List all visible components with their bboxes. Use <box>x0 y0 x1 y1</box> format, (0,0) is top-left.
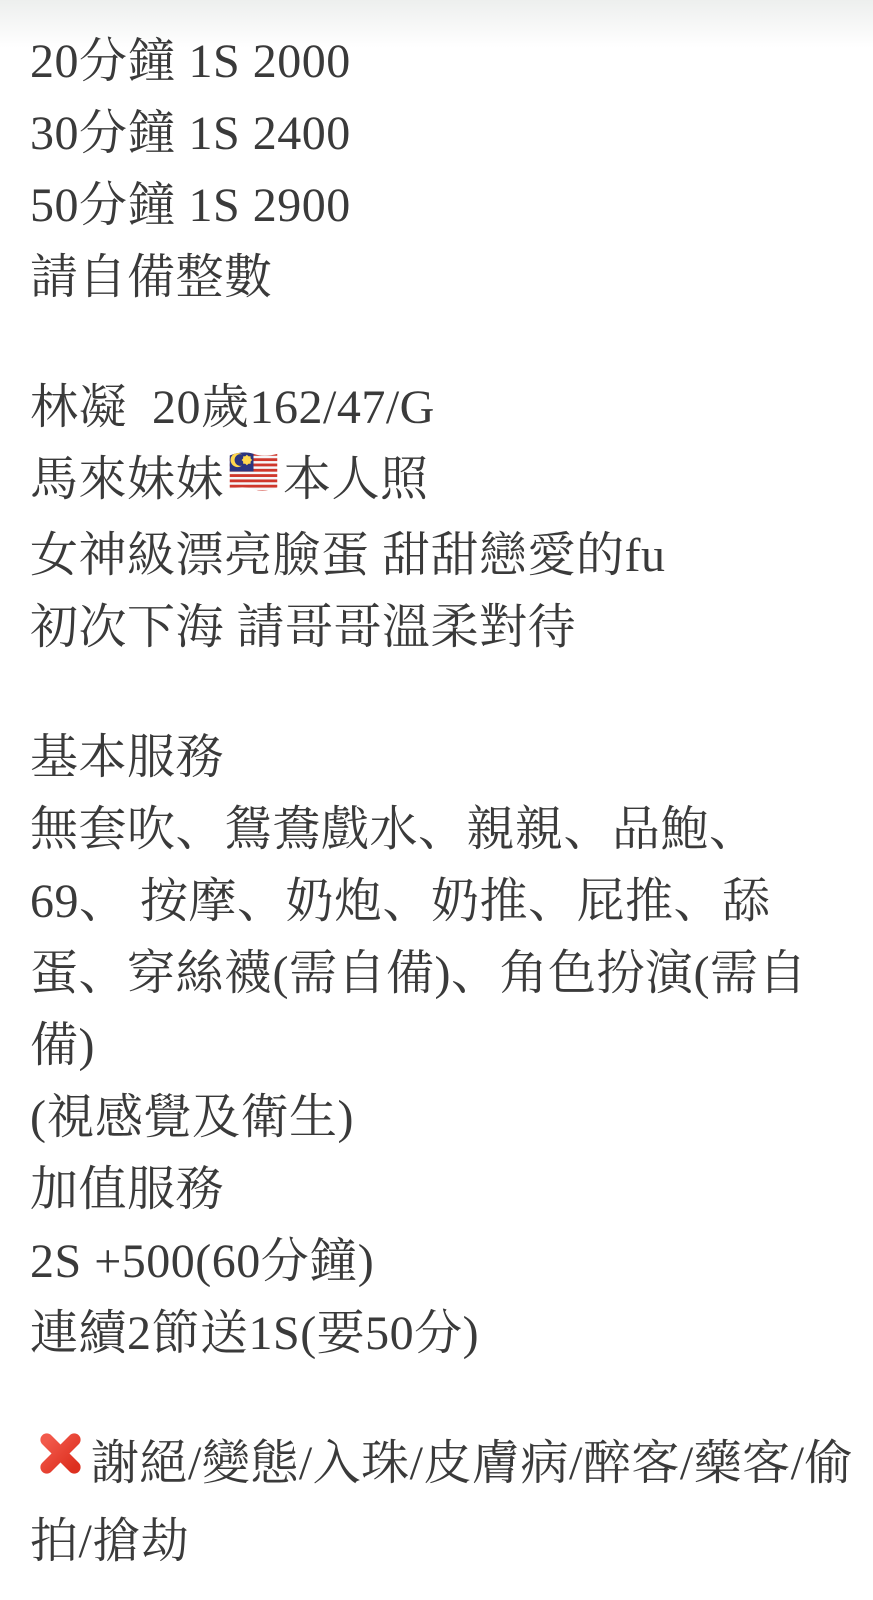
text-line: 30分鐘 1S 2400 <box>30 98 853 170</box>
text-post-screen: 20分鐘 1S 200030分鐘 1S 240050分鐘 1S 2900請自備整… <box>0 0 873 1578</box>
text-line: 馬來妹妹本人照 <box>30 444 853 520</box>
text-line: 初次下海 請哥哥溫柔對待 <box>30 592 853 664</box>
text-line: (視感覺及衛生) <box>30 1082 853 1154</box>
cross-mark-emoji <box>33 1426 88 1502</box>
paragraph-services: 基本服務無套吹、鴛鴦戲水、親親、品鮑、69、 按摩、奶炮、奶推、屁推、舔蛋、穿絲… <box>30 722 853 1370</box>
text-line: 20分鐘 1S 2000 <box>30 26 853 98</box>
text-line: 請自備整數 <box>30 242 853 314</box>
malaysia-flag-emoji <box>227 444 280 516</box>
text-line: 林凝 20歲162/47/G <box>30 372 853 444</box>
text-line: 備) <box>30 1010 853 1082</box>
paragraph-profile: 林凝 20歲162/47/G馬來妹妹本人照女神級漂亮臉蛋 甜甜戀愛的fu初次下海… <box>30 372 853 664</box>
text-line: 拍/搶劫 <box>30 1506 853 1578</box>
paragraph-restrictions: 謝絕/變態/入珠/皮膚病/醉客/藥客/偷拍/搶劫 <box>30 1428 853 1578</box>
text-line: 50分鐘 1S 2900 <box>30 170 853 242</box>
text-line: 連續2節送1S(要50分) <box>30 1298 853 1370</box>
message-text-body: 20分鐘 1S 200030分鐘 1S 240050分鐘 1S 2900請自備整… <box>0 0 873 1578</box>
text-line: 女神級漂亮臉蛋 甜甜戀愛的fu <box>30 520 853 592</box>
text-line: 加值服務 <box>30 1154 853 1226</box>
text-line: 無套吹、鴛鴦戲水、親親、品鮑、 <box>30 794 853 866</box>
text-line: 蛋、穿絲襪(需自備)、角色扮演(需自 <box>30 938 853 1010</box>
text-line: 2S +500(60分鐘) <box>30 1226 853 1298</box>
text-line: 69、 按摩、奶炮、奶推、屁推、舔 <box>30 866 853 938</box>
text-line: 謝絕/變態/入珠/皮膚病/醉客/藥客/偷 <box>30 1428 853 1506</box>
text-line: 基本服務 <box>30 722 853 794</box>
paragraph-pricing: 20分鐘 1S 200030分鐘 1S 240050分鐘 1S 2900請自備整… <box>30 26 853 314</box>
